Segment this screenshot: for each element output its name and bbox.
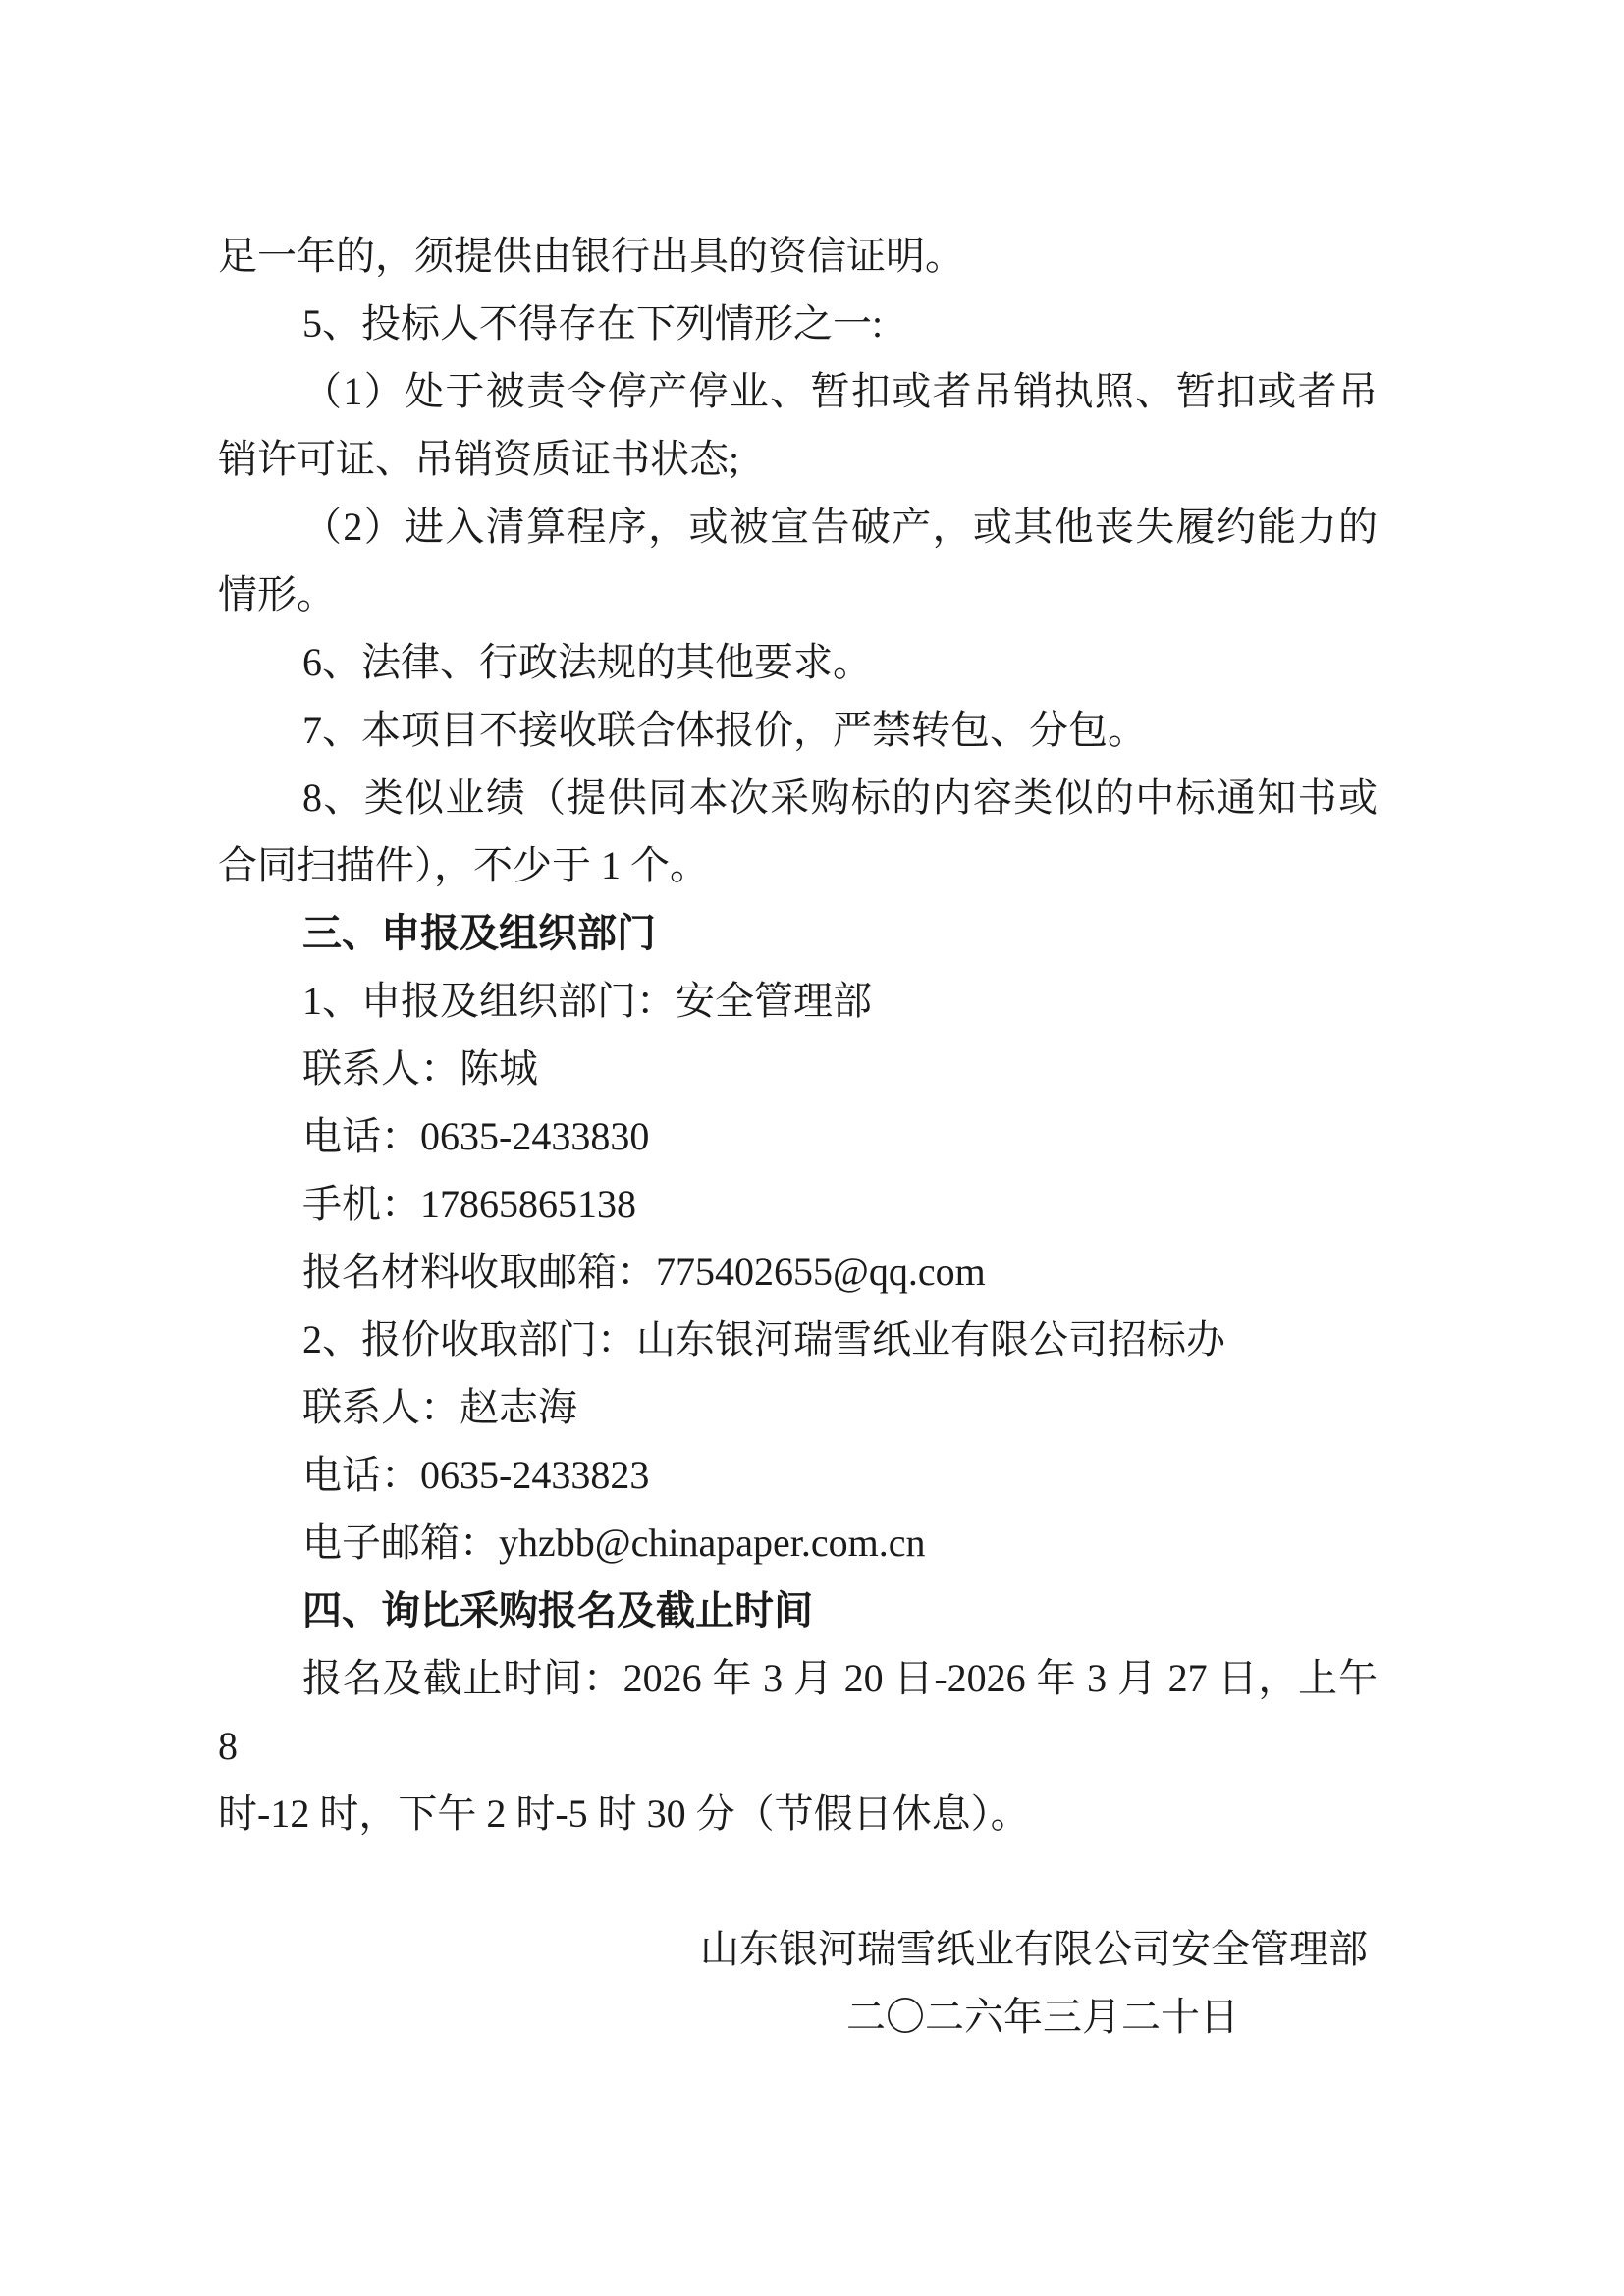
text-line: 1、申报及组织部门：安全管理部 bbox=[218, 967, 1378, 1035]
text-line: 四、询比采购报名及截止时间 bbox=[218, 1576, 1378, 1644]
text-line: 2、报价收取部门：山东银河瑞雪纸业有限公司招标办 bbox=[218, 1306, 1378, 1373]
blank-line bbox=[218, 1847, 1378, 1915]
text-lines: 足一年的，须提供由银行出具的资信证明。5、投标人不得存在下列情形之一:（1）处于… bbox=[218, 222, 1378, 1847]
text-line: 合同扫描件），不少于 1 个。 bbox=[218, 831, 1378, 899]
text-line: 时-12 时，下午 2 时-5 时 30 分（节假日休息）。 bbox=[218, 1780, 1378, 1847]
text-line: 8、类似业绩（提供同本次采购标的内容类似的中标通知书或 bbox=[218, 764, 1378, 831]
text-line: （1）处于被责令停产停业、暂扣或者吊销执照、暂扣或者吊 bbox=[218, 357, 1378, 425]
text-line: 5、投标人不得存在下列情形之一: bbox=[218, 290, 1378, 357]
text-line: 报名及截止时间：2026 年 3 月 20 日-2026 年 3 月 27 日，… bbox=[218, 1644, 1378, 1780]
text-line: 报名材料收取邮箱：775402655@qq.com bbox=[218, 1238, 1378, 1306]
text-line: 联系人：赵志海 bbox=[218, 1373, 1378, 1441]
text-line: （2）进入清算程序，或被宣告破产，或其他丧失履约能力的 bbox=[218, 493, 1378, 561]
text-line: 销许可证、吊销资质证书状态; bbox=[218, 425, 1378, 493]
signature-date: 二〇二六年三月二十日 bbox=[218, 1983, 1378, 2051]
text-line: 电话：0635-2433830 bbox=[218, 1102, 1378, 1170]
text-line: 足一年的，须提供由银行出具的资信证明。 bbox=[218, 222, 1378, 290]
document-content: 足一年的，须提供由银行出具的资信证明。5、投标人不得存在下列情形之一:（1）处于… bbox=[218, 222, 1378, 2051]
signature-org: 山东银河瑞雪纸业有限公司安全管理部 bbox=[218, 1915, 1378, 1983]
text-line: 6、法律、行政法规的其他要求。 bbox=[218, 628, 1378, 696]
text-line: 手机：17865865138 bbox=[218, 1170, 1378, 1238]
text-line: 电话：0635-2433823 bbox=[218, 1441, 1378, 1509]
document-page: 足一年的，须提供由银行出具的资信证明。5、投标人不得存在下列情形之一:（1）处于… bbox=[0, 0, 1624, 2296]
text-line: 情形。 bbox=[218, 561, 1378, 628]
text-line: 联系人：陈城 bbox=[218, 1035, 1378, 1102]
text-line: 电子邮箱：yhzbb@chinapaper.com.cn bbox=[218, 1509, 1378, 1576]
text-line: 7、本项目不接收联合体报价，严禁转包、分包。 bbox=[218, 696, 1378, 764]
text-line: 三、申报及组织部门 bbox=[218, 899, 1378, 967]
